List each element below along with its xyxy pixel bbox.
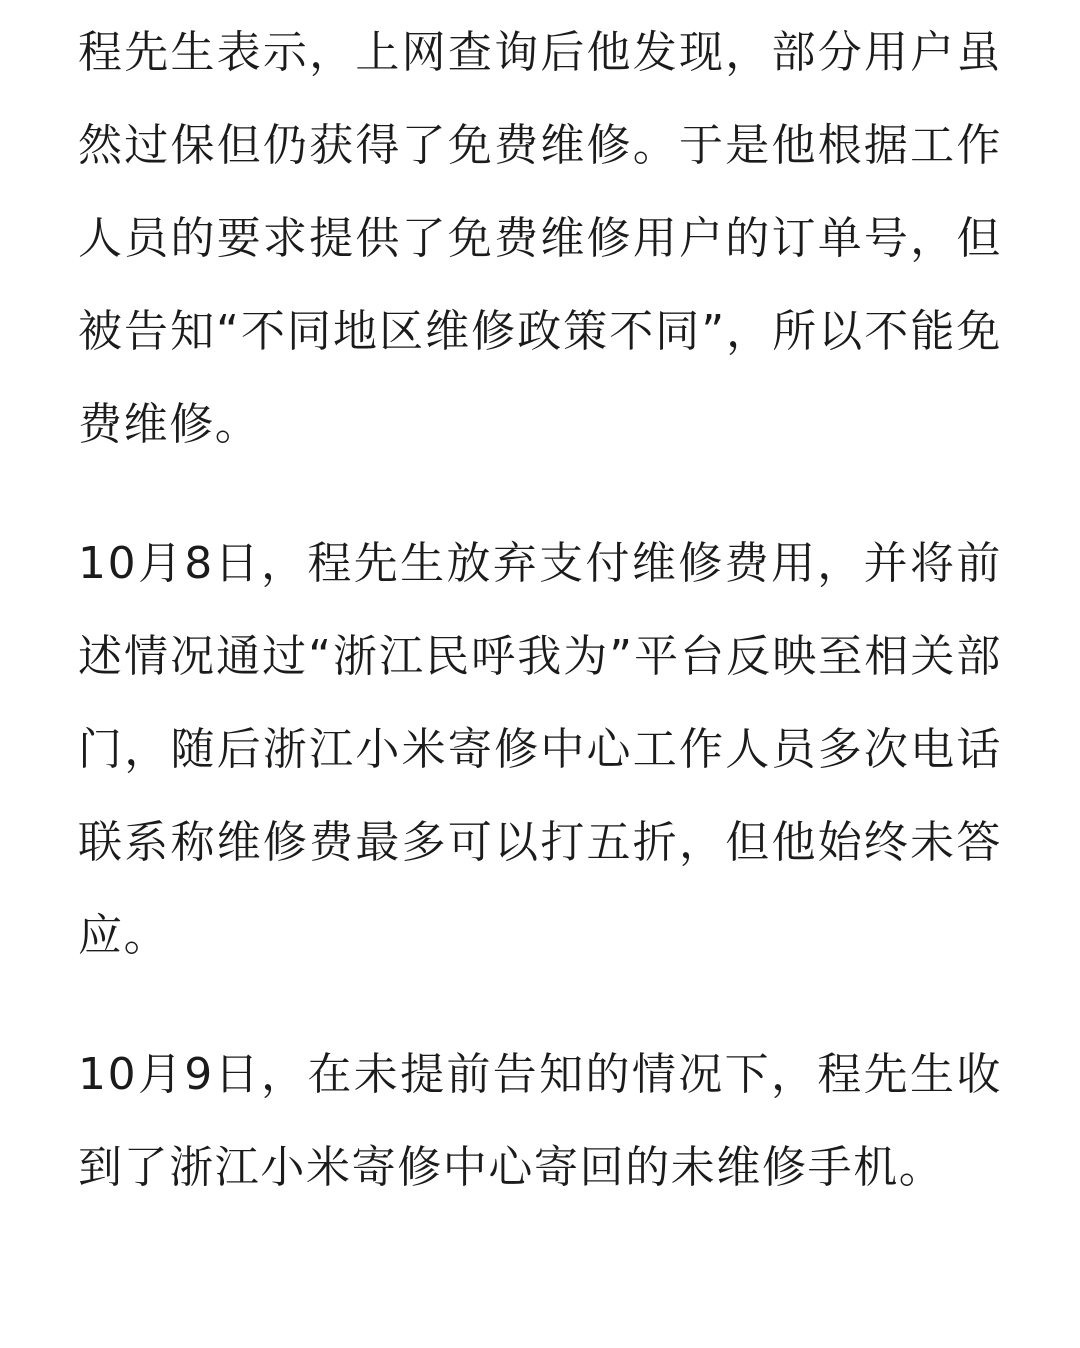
paragraph-oct-9: 10月9日，在未提前告知的情况下，程先生收到了浙江小米寄修中心寄回的未维修手机。 (78, 1028, 1002, 1214)
paragraph-repair-refusal: 程先生表示，上网查询后他发现，部分用户虽然过保但仍获得了免费维修。于是他根据工作… (78, 6, 1002, 471)
article-body: 程先生表示，上网查询后他发现，部分用户虽然过保但仍获得了免费维修。于是他根据工作… (78, 0, 1002, 1214)
paragraph-oct-8: 10月8日，程先生放弃支付维修费用，并将前述情况通过“浙江民呼我为”平台反映至相… (78, 517, 1002, 982)
